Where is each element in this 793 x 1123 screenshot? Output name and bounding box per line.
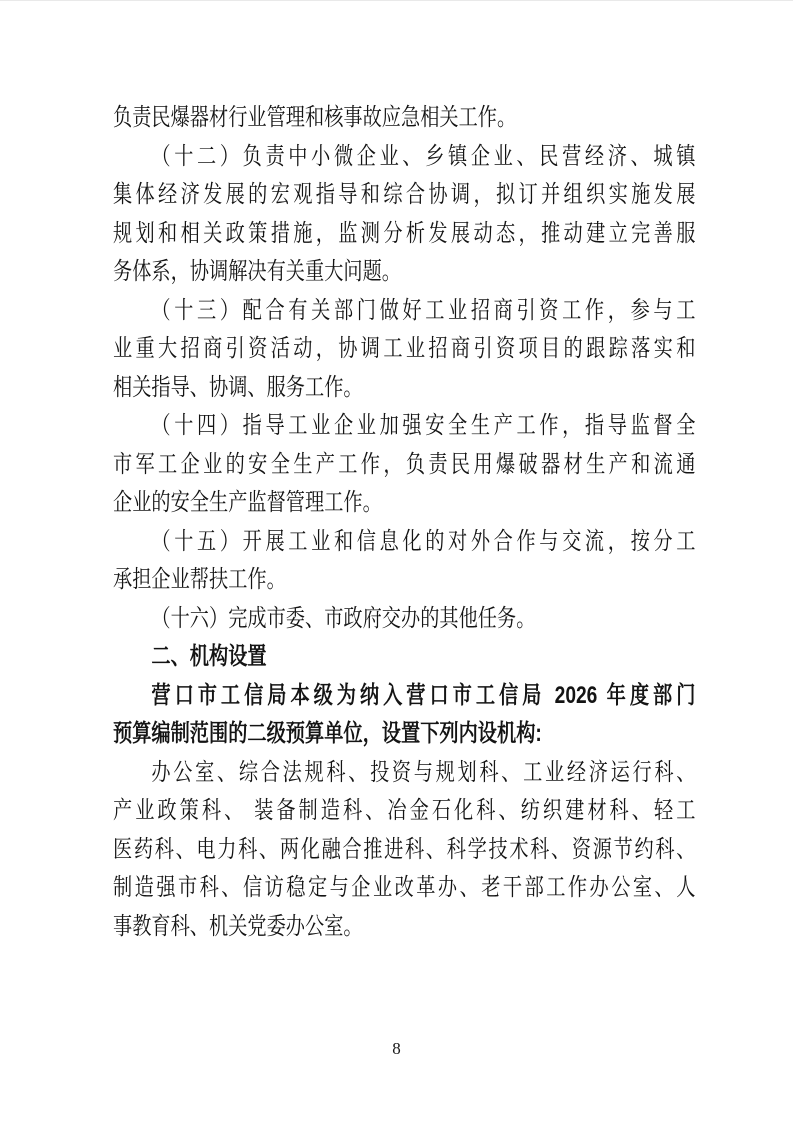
text-line: 产业政策科、 装备制造科、冶金石化科、纺织建材科、轻工: [113, 792, 695, 831]
text-line: 规划和相关政策措施，监测分析发展动态，推动建立完善服: [113, 215, 695, 254]
text-line: 医药科、电力科、两化融合推进科、科学技术科、资源节约科、: [113, 831, 695, 870]
text-line: 事教育科、机关党委办公室。: [113, 908, 695, 947]
text-line: 相关指导、协调、服务工作。: [113, 369, 695, 408]
text-line: 办公室、综合法规科、投资与规划科、工业经济运行科、: [113, 754, 695, 793]
text-line: （十五）开展工业和信息化的对外合作与交流，按分工: [113, 523, 695, 562]
text-line: 负责民爆器材行业管理和核事故应急相关工作。: [113, 99, 695, 138]
text-line: 二、机构设置: [113, 638, 695, 677]
text-line: 业重大招商引资活动，协调工业招商引资项目的跟踪落实和: [113, 330, 695, 369]
text-line: （十二）负责中小微企业、乡镇企业、民营经济、城镇: [113, 138, 695, 177]
page-number: 8: [0, 1039, 793, 1059]
document-page: 负责民爆器材行业管理和核事故应急相关工作。（十二）负责中小微企业、乡镇企业、民营…: [0, 0, 793, 1123]
text-line: 制造强市科、信访稳定与企业改革办、老干部工作办公室、人: [113, 869, 695, 908]
text-line: 企业的安全生产监督管理工作。: [113, 484, 695, 523]
text-line: 务体系，协调解决有关重大问题。: [113, 253, 695, 292]
text-line: 预算编制范围的二级预算单位，设置下列内设机构:: [113, 715, 695, 754]
text-line: 集体经济发展的宏观指导和综合协调，拟订并组织实施发展: [113, 176, 695, 215]
text-line: 市军工企业的安全生产工作，负责民用爆破器材生产和流通: [113, 446, 695, 485]
text-line: 承担企业帮扶工作。: [113, 561, 695, 600]
text-line: 营口市工信局本级为纳入营口市工信局 2026 年度部门: [113, 677, 695, 716]
document-body: 负责民爆器材行业管理和核事故应急相关工作。（十二）负责中小微企业、乡镇企业、民营…: [113, 99, 793, 946]
text-line: （十四）指导工业企业加强安全生产工作，指导监督全: [113, 407, 695, 446]
text-line: （十三）配合有关部门做好工业招商引资工作，参与工: [113, 292, 695, 331]
text-line: （十六）完成市委、市政府交办的其他任务。: [113, 600, 695, 639]
